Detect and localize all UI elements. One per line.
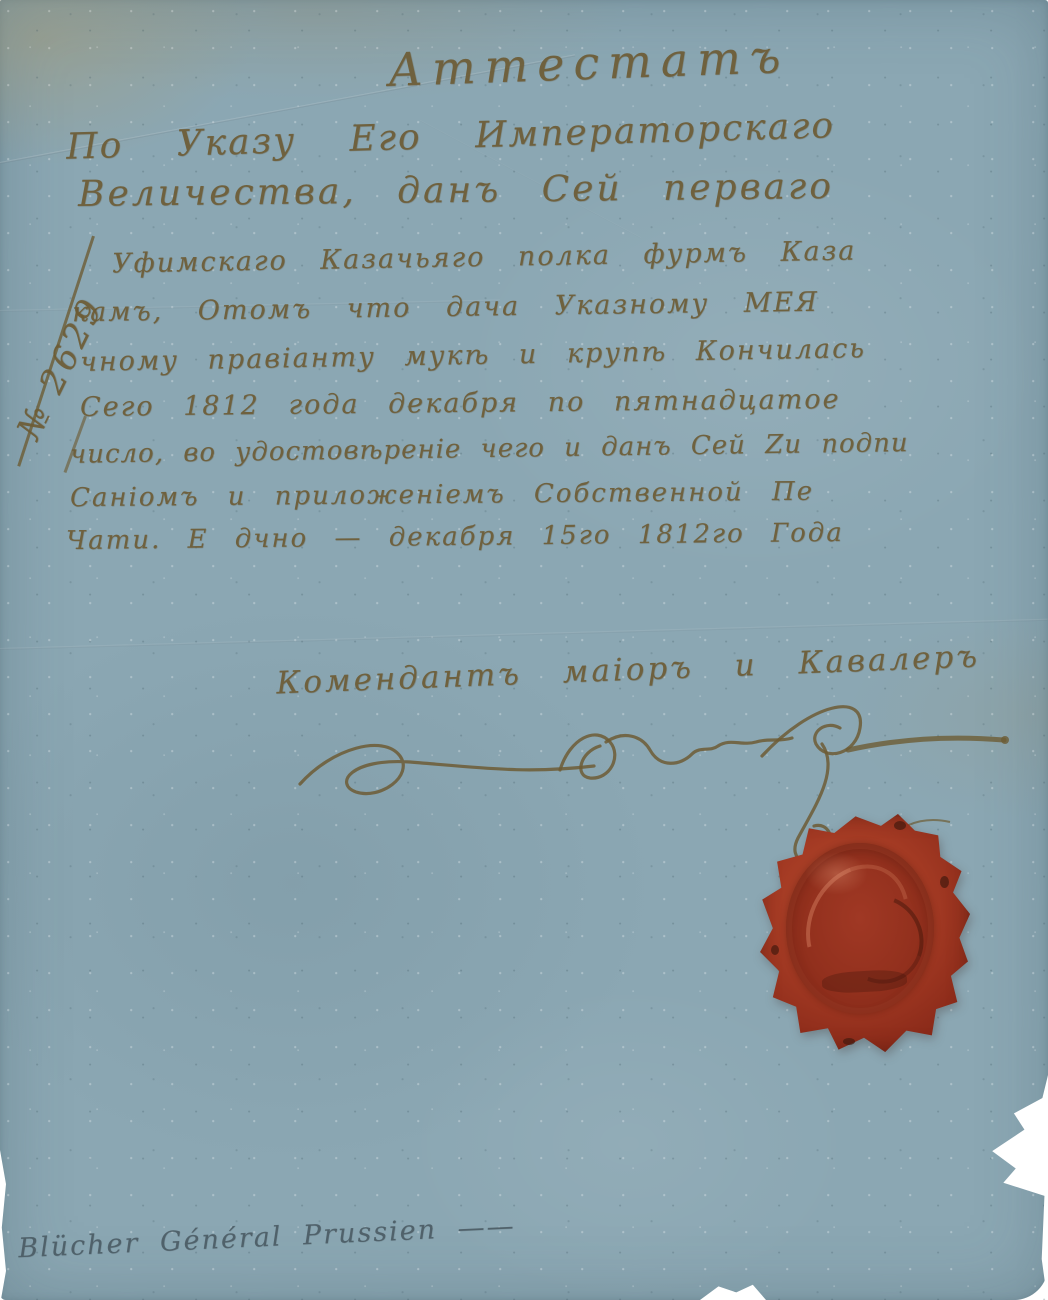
red-wax-seal-icon (758, 814, 970, 1052)
blue-laid-paper: Аттестатъ По Указу Его Императорскаго Ве… (0, 0, 1048, 1300)
body-line-7: число, во удостовѣреніе чего и данъ Сей … (70, 428, 909, 470)
body-line-1: По Указу Его Императорскаго (66, 105, 836, 167)
body-line-6: Сего 1812 года декабря по пятнадцатое (80, 384, 841, 423)
seal-speck (894, 821, 906, 830)
body-line-9: Чати. Е дчно — декабря 15го 1812го Года (66, 518, 844, 556)
seal-speck (771, 945, 779, 955)
body-line-2: Величества, данъ Сей перваго (78, 166, 834, 215)
pencil-annotation: Blücher Général Prussien —— (18, 1211, 517, 1265)
body-line-5: чному правіанту мукѣ и крупѣ Кончилась (80, 333, 866, 378)
seal-speck (843, 1038, 855, 1045)
document-title: Аттестатъ (387, 29, 790, 97)
body-line-8: Саніомъ и приложеніемъ Собственной Пе (70, 477, 814, 513)
scanned-document: Аттестатъ По Указу Его Императорскаго Ве… (0, 0, 1048, 1300)
seal-highlight (805, 852, 869, 895)
body-line-4: камъ, Отомъ что дача Указному МЕЯ (72, 287, 819, 328)
body-line-3: Уфимскаго Казачьяго полка фурмъ Каза (112, 236, 857, 280)
